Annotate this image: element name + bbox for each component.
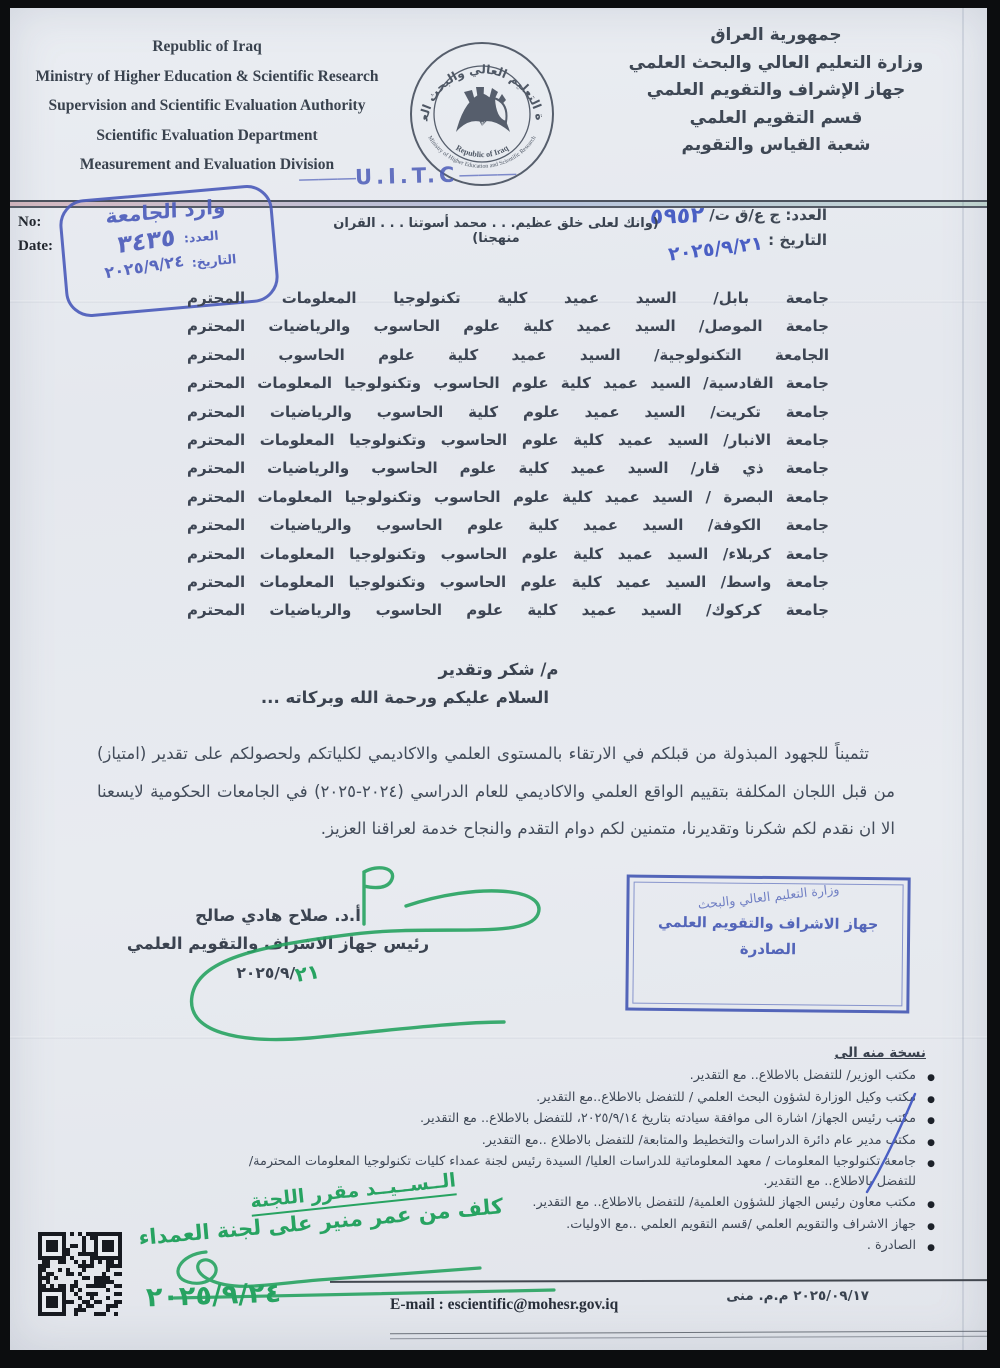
seal-english-text-1: Republic of Iraq [454,143,510,159]
recipient-line: جامعة القادسية/ السيد عميد كلية علوم الح… [187,369,829,397]
ref-date-line: التاريخ : ٢٠٢٥/٩/٢١ [666,230,827,260]
recipient-line: جامعة البصرة / السيد عميد كلية علوم الحا… [187,483,829,511]
distribution-header: نسخة منه الى [834,1045,926,1061]
letterhead-arabic-line: جهاز الإشراف والتقويم العلمي [593,77,959,105]
distribution-item: مكتب رئيس الجهاز/ اشارة الى موافقة سيادت… [242,1109,942,1129]
recipient-line: جامعة الانبار/ السيد عميد كلية علوم الحا… [187,426,829,454]
footer-typist-ref: ٢٠٢٥/٠٩/١٧ م.م. منى [726,1288,869,1304]
qr-code [38,1232,122,1316]
green-handwritten-date: ٢٠٢٥/٩/٢٤ [146,1278,282,1314]
ref-number-label: العدد: ج ع/ق ت/ [709,206,827,224]
recipient-line: جامعة كركوك/ السيد عميد كلية علوم الحاسو… [187,596,829,624]
letterhead-arabic: جمهورية العراقوزارة التعليم العالي والبح… [593,22,959,160]
recipient-line: الجامعة التكنولوجية/ السيد عميد كلية علو… [187,341,829,369]
green-signature-flourish [106,862,552,1068]
incoming-stamp-date-label: التاريخ: [191,251,237,270]
distribution-item: مكتب مدير عام دائرة الدراسات والتخطيط وا… [242,1131,942,1151]
recipient-line: جامعة بابل/ السيد عميد كلية تكنولوجيا ال… [187,284,829,312]
letterhead-arabic-line: شعبة القياس والتقويم [593,132,959,160]
outgoing-stamp-line3: الصادرة [629,939,907,960]
letterhead-english-line: Ministry of Higher Education & Scientifi… [10,62,404,92]
letterhead-english-line: Scientific Evaluation Department [10,121,404,151]
footer-divider [330,1279,987,1283]
no-label: No: [18,214,41,231]
distribution-item: مكتب وكيل الوزارة لشؤون البحث العلمي / ل… [242,1088,942,1108]
recipient-line: جامعة تكريت/ السيد عميد علوم كلية الحاسو… [187,398,829,426]
body-paragraph: تثميناً للجهود المبذولة من قبلكم في الار… [97,735,895,848]
religious-quote: (وانك لعلى خلق عظيم. . . محمد أسوتنا . .… [310,216,682,246]
date-label: Date: [18,238,53,255]
ref-date-label: التاريخ : [768,231,827,249]
svg-text:Republic of Iraq: Republic of Iraq [454,143,510,159]
letter-page: Republic of IraqMinistry of Higher Educa… [10,8,987,1350]
salutation: السلام عليكم ورحمة الله وبركاته ... [261,688,549,707]
recipient-line: جامعة كربلاء/ السيد عميد كلية علوم الحاس… [187,540,829,568]
recipient-line: جامعة واسط/ السيد عميد كلية علوم الحاسوب… [187,568,829,596]
letterhead-arabic-line: جمهورية العراق [593,22,959,50]
letterhead-arabic-line: قسم التقويم العلمي [593,105,959,133]
recipient-line: جامعة الكوفة/ السيد عميد كلية علوم الحاس… [187,511,829,539]
outgoing-stamp-line1: وزارة التعليم العالي والبحث [630,874,908,920]
subject-line: م/ شكر وتقدير [10,660,987,679]
paper-crease [962,8,964,1350]
recipient-line: جامعة ذي قار/ السيد عميد كلية علوم الحاس… [187,454,829,482]
footer-divider-2 [390,1331,987,1340]
footer-email: E-mail : escientific@mohesr.gov.iq [390,1296,618,1314]
letterhead-english: Republic of IraqMinistry of Higher Educa… [10,32,404,180]
letterhead-arabic-line: وزارة التعليم العالي والبحث العلمي [593,50,959,78]
seal-emblem [456,87,510,132]
recipients-list: جامعة بابل/ السيد عميد كلية تكنولوجيا ال… [187,284,829,625]
incoming-stamp-number-label: العدد: [183,227,219,245]
distribution-item: مكتب الوزير/ للتفضل بالاطلاع.. مع التقدي… [242,1066,942,1086]
letterhead-english-line: Supervision and Scientific Evaluation Au… [10,91,404,121]
outgoing-stamp-line2: جهاز الاشراف والتقويم العلمي [629,915,907,934]
letterhead-english-line: Republic of Iraq [10,32,404,62]
outgoing-stamp: وزارة التعليم العالي والبحث جهاز الاشراف… [625,875,910,1014]
blue-checkmark [855,1084,927,1202]
recipient-line: جامعة الموصل/ السيد عميد كلية علوم الحاس… [187,312,829,340]
